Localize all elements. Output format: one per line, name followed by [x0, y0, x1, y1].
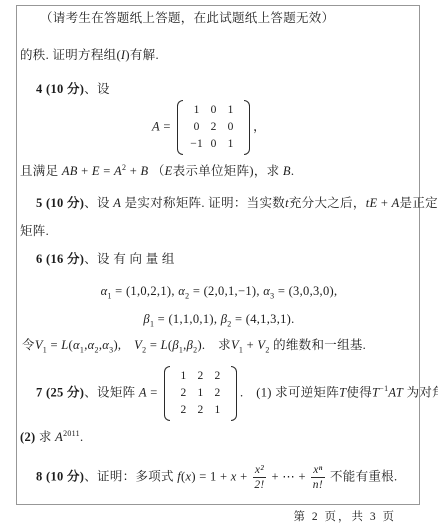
notice-line: （请考生在答题纸上答题，在此试题纸上答题无效）: [40, 10, 334, 27]
question-8-line: 8 (10 分)、证明：多项式 f(x) = 1 + x + x²2! + ⋯ …: [36, 463, 397, 492]
question-4-matrix: A = 101020−101，: [0, 100, 438, 155]
question-6-vectors-beta: β1 = (1,1,0,1), β2 = (4,1,3,1).: [0, 311, 438, 328]
page-footer: 第 2 页，共 3 页: [294, 508, 397, 524]
question-6-vectors-alpha: α1 = (1,0,2,1), α2 = (2,0,1,−1), α3 = (3…: [0, 283, 438, 300]
question-7-part-2: (2) 求 A2011.: [20, 429, 83, 446]
rank-proof-line: 的秩. 证明方程组(I)有解.: [20, 47, 159, 64]
question-4-heading: 4 (10 分)、设: [36, 81, 110, 98]
question-6-span-line: 令V1 = L(α1,α2,α3), V2 = L(β1,β2). 求V1 + …: [22, 337, 366, 354]
question-5-line-2: 矩阵.: [20, 223, 49, 240]
question-6-heading: 6 (16 分)、设 有 向 量 组: [36, 251, 175, 268]
exam-page: { "document": { "notice": "（请考生在答题纸上答题，在…: [0, 0, 438, 530]
question-5-line-1: 5 (10 分)、设 A 是实对称矩阵. 证明：当实数t充分大之后，tE + A…: [36, 195, 438, 212]
question-4-condition: 且满足 AB + E = A2 + B （E表示单位矩阵)，求 B.: [20, 163, 294, 180]
question-7-line: 7 (25 分)、设矩阵 A = 122212221. (1) 求可逆矩阵T使得…: [36, 366, 438, 421]
